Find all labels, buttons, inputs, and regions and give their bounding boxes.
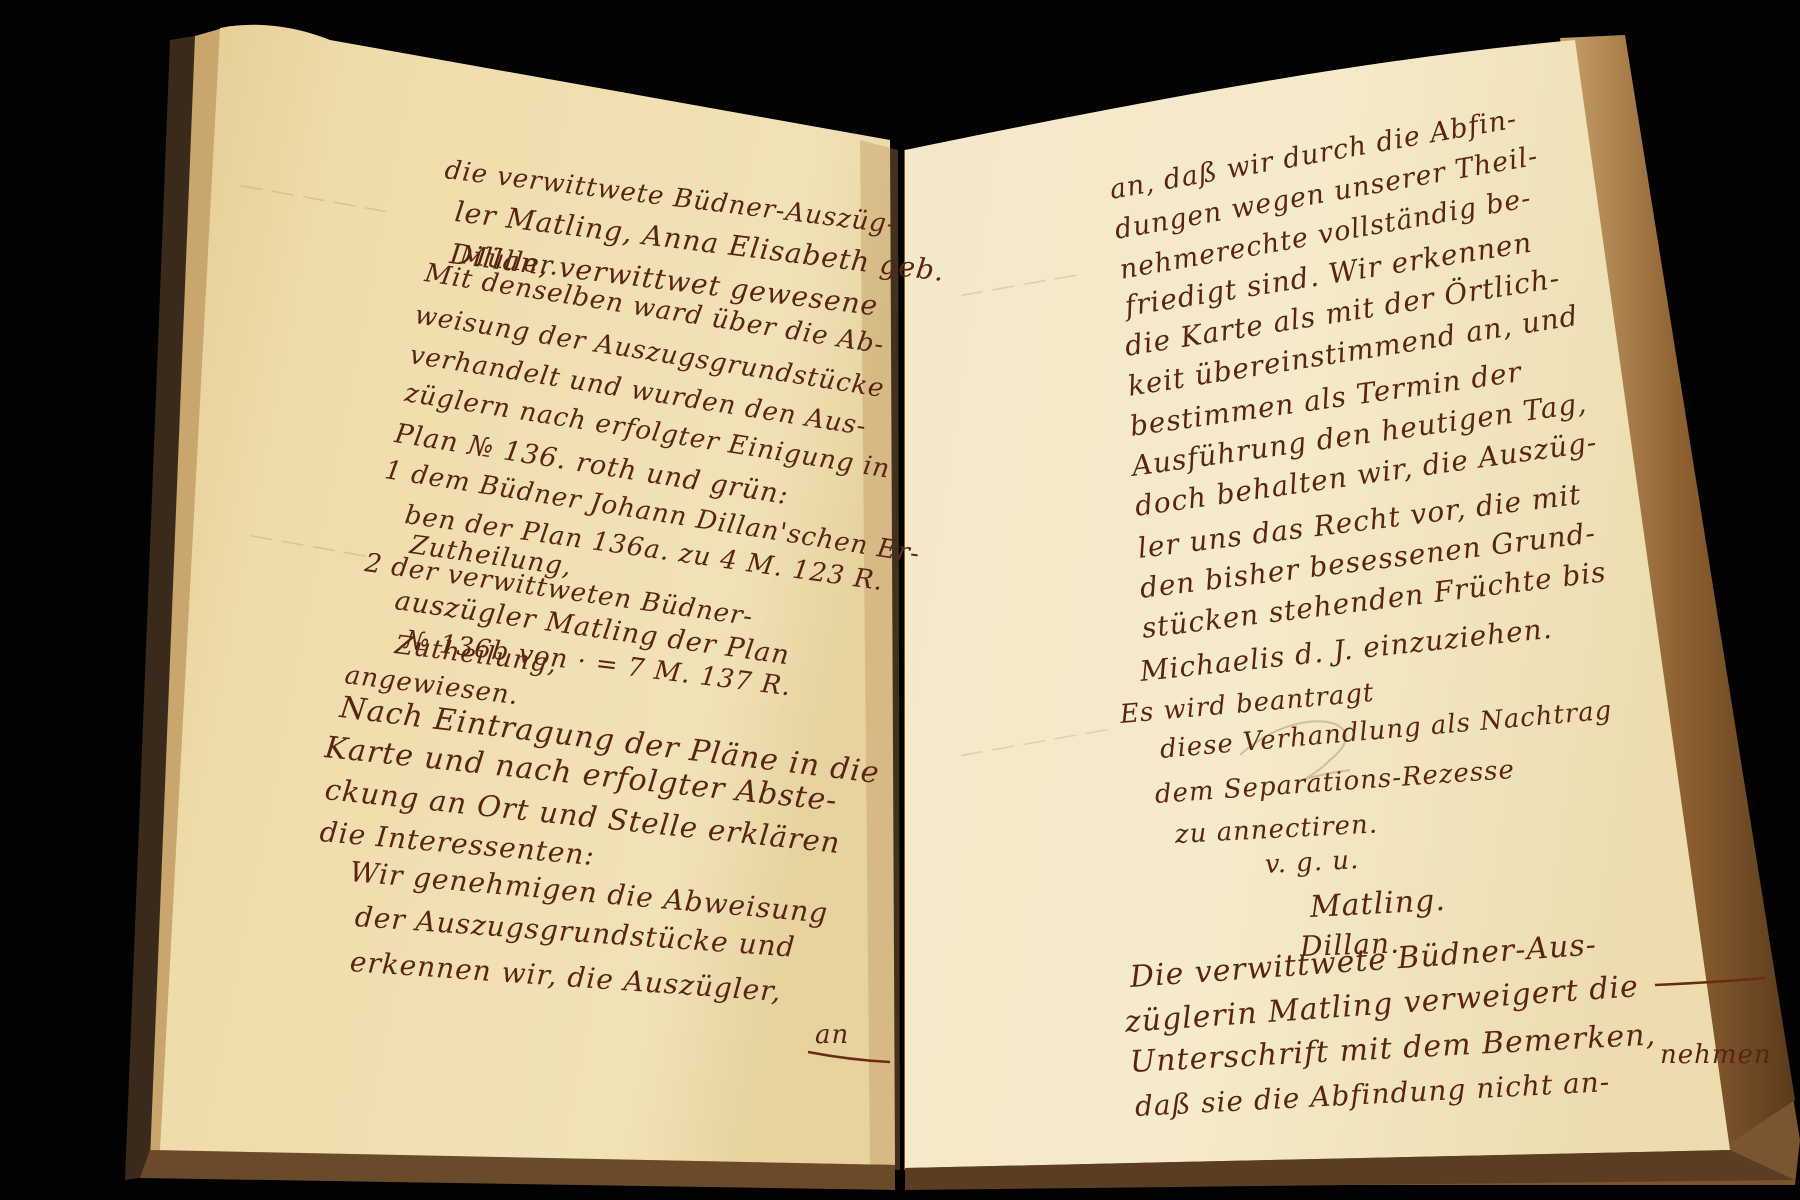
handwritten-line: Matling. [1309,883,1447,925]
handwritten-line: v. g. u. [1264,845,1360,880]
handwritten-line: an [815,1020,849,1050]
handwritten-line: nehmen [1660,1040,1772,1070]
photo-scene: die verwittwete Büdner-Auszüg- ler Matli… [0,0,1800,1200]
